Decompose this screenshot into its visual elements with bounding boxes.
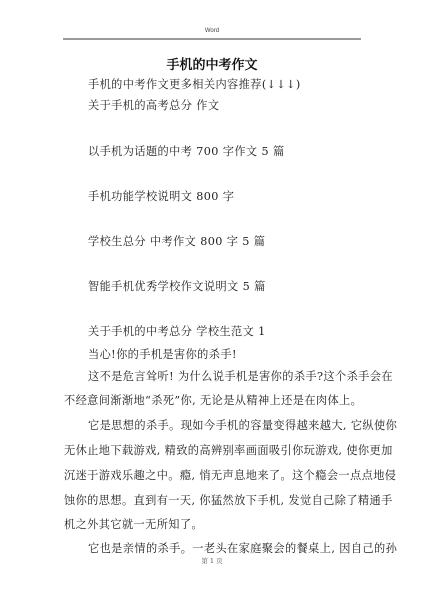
body-line: 沉迷于游戏乐趣之中。瘾, 悄无声息地来了。这个瘾会一点点地侵 xyxy=(64,467,396,483)
body-line: 它是思想的杀手。现如今手机的容量变得越来越大, 它纵使你 xyxy=(88,417,397,433)
body-line: 智能手机优秀学校作文说明文 5 篇 xyxy=(88,278,266,294)
body-line: 它也是亲情的杀手。一老头在家庭聚会的餐桌上, 因自己的孙 xyxy=(88,540,397,556)
body-line: 不经意间渐渐地“杀死”你, 无论是从精神上还是在肉体上。 xyxy=(64,392,362,408)
document-title: 手机的中考作文 xyxy=(0,54,424,73)
body-line: 机之外其它就一无所知了。 xyxy=(64,516,203,532)
body-line: 手机的中考作文更多相关内容推荐(↓↓↓) xyxy=(88,76,301,92)
body-line: 手机功能学校说明文 800 字 xyxy=(88,188,234,204)
header-divider xyxy=(63,38,361,40)
body-line: 学校生总分 中考作文 800 字 5 篇 xyxy=(88,233,265,249)
header-label: Word xyxy=(0,28,424,34)
page-number: 第 1 页 xyxy=(0,556,424,565)
document-page: Word 手机的中考作文 手机的中考作文更多相关内容推荐(↓↓↓)关于手机的高考… xyxy=(0,0,424,600)
body-line: 这不是危言耸听! 为什么说手机是害你的杀手?这个杀手会在 xyxy=(88,368,393,384)
body-line: 关于手机的高考总分 作文 xyxy=(88,97,219,113)
body-line: 以手机为话题的中考 700 字作文 5 篇 xyxy=(88,143,285,159)
body-line: 蚀你的思想。直到有一天, 你猛然放下手机, 发觉自己除了精通手 xyxy=(64,492,393,508)
body-line: 关于手机的中考总分 学校生范文 1 xyxy=(88,323,266,339)
body-line: 无休止地下载游戏, 精致的高辨别率画面吸引你玩游戏, 使你更加 xyxy=(64,442,393,458)
body-line: 当心!你的手机是害你的杀手! xyxy=(88,346,237,362)
